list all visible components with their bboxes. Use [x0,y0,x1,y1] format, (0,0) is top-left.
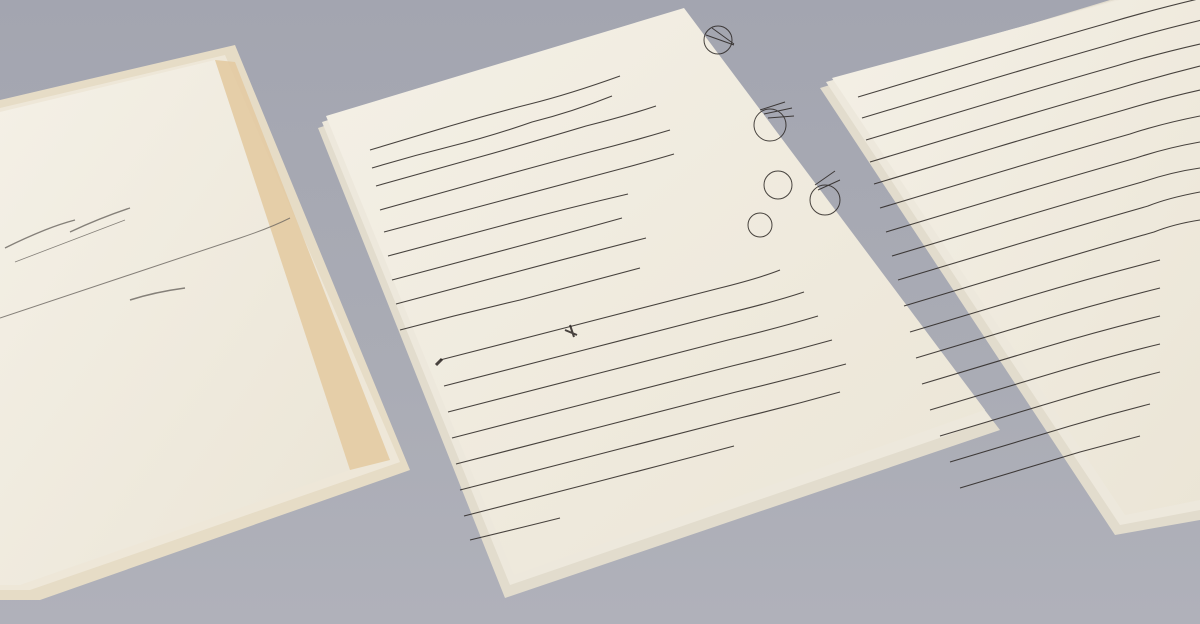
manuscripts-photo [0,0,1200,624]
photo-background [0,0,1200,624]
